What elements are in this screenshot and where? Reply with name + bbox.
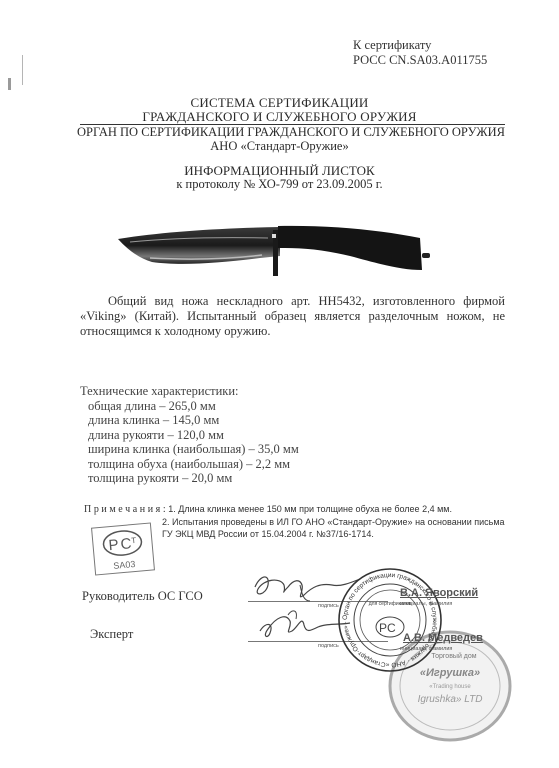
- conformity-mark: P C T SA03: [91, 522, 155, 575]
- certification-body: ОРГАН ПО СЕРТИФИКАЦИИ ГРАЖДАНСКОГО И СЛУ…: [0, 125, 559, 140]
- system-title-line2: ГРАЖДАНСКОГО И СЛУЖЕБНОГО ОРУЖИЯ: [0, 109, 559, 125]
- mark-code: SA03: [113, 559, 136, 571]
- product-description: Общий вид ножа нескладного арт. НН5432, …: [80, 294, 505, 339]
- description-text: Общий вид ножа нескладного арт. НН5432, …: [80, 294, 505, 339]
- note-1: 1. Длина клинка менее 150 мм при толщине…: [168, 504, 452, 514]
- spec-item: толщина обуха (наибольшая) – 2,2 мм: [80, 457, 299, 472]
- name-caption: инициалы, фамилия: [400, 601, 452, 607]
- spec-item: толщина рукояти – 20,0 мм: [80, 471, 299, 486]
- svg-text:T: T: [131, 536, 137, 545]
- svg-text:P: P: [108, 536, 119, 554]
- spec-item: длина клинка – 145,0 мм: [80, 413, 299, 428]
- scan-edge-mark: [8, 78, 11, 90]
- certificate-reference: К сертификату РОСС CN.SA03.A011755: [353, 38, 487, 68]
- certificate-ref-label: К сертификату: [353, 38, 487, 53]
- organization-name: АНО «Стандарт-Оружие»: [0, 139, 559, 154]
- stamp2-en1: «Trading house: [429, 684, 471, 690]
- stamp2-en2: Igrushka» LTD: [418, 694, 483, 705]
- name-caption: инициалы, фамилия: [400, 646, 452, 652]
- protocol-reference: к протоколу № ХО-799 от 23.09.2005 г.: [0, 177, 559, 192]
- technical-specs: Технические характеристики: общая длина …: [80, 384, 299, 486]
- svg-text:PC: PC: [379, 621, 396, 635]
- certificate-number: РОСС CN.SA03.A011755: [353, 53, 487, 68]
- knife-photo-icon: [110, 218, 440, 280]
- spec-item: длина рукояти – 120,0 мм: [80, 428, 299, 443]
- specs-heading: Технические характеристики:: [80, 384, 299, 399]
- scan-edge-mark: [22, 55, 23, 85]
- role-expert: Эксперт: [90, 627, 133, 642]
- certification-body-stamp-icon: Орган по сертификации гражданского и слу…: [335, 565, 445, 675]
- pct-logo-icon: P C T SA03: [92, 524, 154, 575]
- notes-label: Примечания:: [84, 504, 168, 515]
- head-name: В.А. Яворский: [400, 587, 478, 599]
- spec-item: общая длина – 265,0 мм: [80, 399, 299, 414]
- expert-name: А.В. Медведев: [403, 632, 483, 644]
- spec-item: ширина клинка (наибольшая) – 35,0 мм: [80, 442, 299, 457]
- role-head: Руководитель ОС ГСО: [82, 589, 203, 604]
